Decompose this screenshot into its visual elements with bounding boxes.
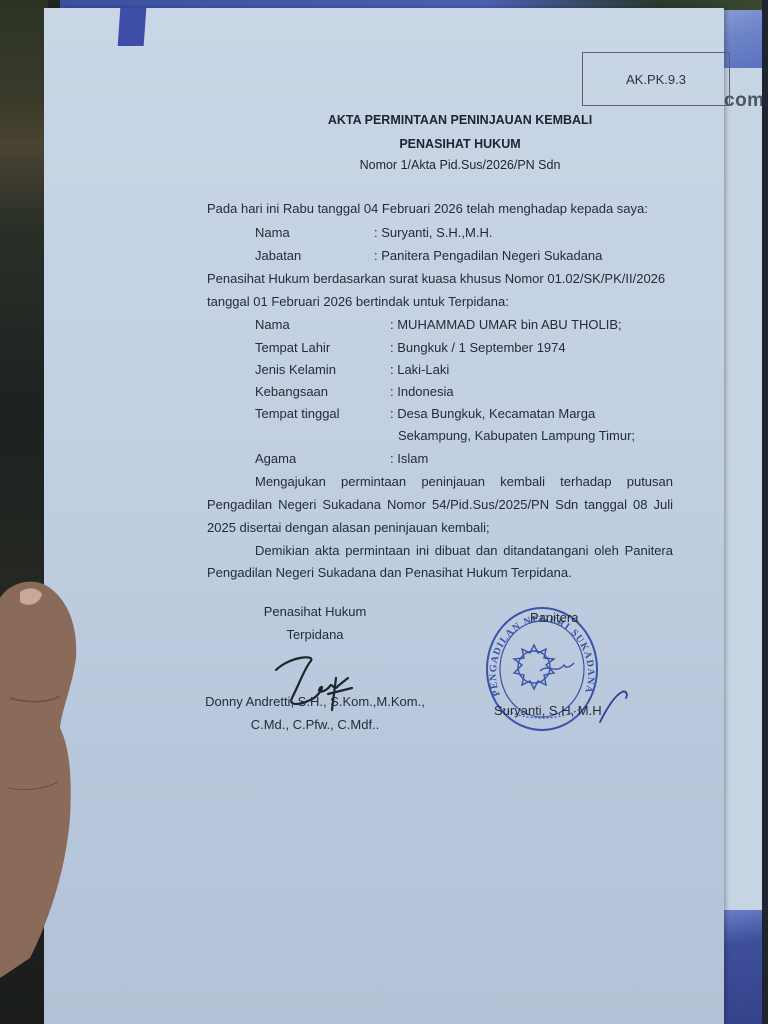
document-content: AKTA PERMINTAAN PENINJAUAN KEMBALI PENAS… xyxy=(0,0,768,1024)
convict-nationality-label: Kebangsaan xyxy=(255,384,328,399)
intro-line: Pada hari ini Rabu tanggal 04 Februari 2… xyxy=(207,201,648,216)
request-line-3: 2025 disertai dengan alasan peninjauan k… xyxy=(207,520,490,535)
counsel-name-line-1: Donny Andretti, S.H., S.Kom.,M.Kom., xyxy=(200,690,430,713)
counsel-role-line-2: Terpidana xyxy=(200,623,430,646)
counsel-signature-block: Penasihat Hukum Terpidana xyxy=(200,600,430,646)
counsel-role-line-1: Penasihat Hukum xyxy=(200,600,430,623)
convict-birth-value: : Bungkuk / 1 September 1974 xyxy=(390,340,566,355)
convict-address-value-cont: Sekampung, Kabupaten Lampung Timur; xyxy=(398,428,635,443)
counsel-line-1: Penasihat Hukum berdasarkan surat kuasa … xyxy=(207,271,665,286)
closing-line-2: Pengadilan Negeri Sukadana dan Penasihat… xyxy=(207,565,572,580)
registrar-name: Suryanti, S.H, M.H xyxy=(494,703,602,718)
convict-birth-label: Tempat Lahir xyxy=(255,340,330,355)
convict-address-value: : Desa Bungkuk, Kecamatan Marga xyxy=(390,406,595,421)
official-position-label: Jabatan xyxy=(255,248,301,263)
convict-gender-label: Jenis Kelamin xyxy=(255,362,336,377)
convict-nationality-value: : Indonesia xyxy=(390,384,454,399)
convict-religion-label: Agama xyxy=(255,451,296,466)
official-name-value: : Suryanti, S.H.,M.H. xyxy=(374,225,492,240)
hand-holding-paper xyxy=(0,578,80,978)
request-line-1: Mengajukan permintaan peninjauan kembali… xyxy=(255,474,673,489)
document-number: Nomor 1/Akta Pid.Sus/2026/PN Sdn xyxy=(200,158,720,172)
closing-line-1: Demikian akta permintaan ini dibuat dan … xyxy=(255,543,673,558)
document-subtitle: PENASIHAT HUKUM xyxy=(200,137,720,151)
convict-address-label: Tempat tinggal xyxy=(255,406,340,421)
counsel-name-line-2: C.Md., C.Pfw., C.Mdf.. xyxy=(200,713,430,736)
counsel-name-block: Donny Andretti, S.H., S.Kom.,M.Kom., C.M… xyxy=(200,690,430,736)
registrar-role: Panitera xyxy=(530,610,578,625)
convict-gender-value: : Laki-Laki xyxy=(390,362,449,377)
request-line-2: Pengadilan Negeri Sukadana Nomor 54/Pid.… xyxy=(207,497,673,512)
counsel-line-2: tanggal 01 Februari 2026 bertindak untuk… xyxy=(207,294,509,309)
official-name-label: Nama xyxy=(255,225,290,240)
registrar-signature xyxy=(596,686,632,726)
convict-religion-value: : Islam xyxy=(390,451,428,466)
convict-name-label: Nama xyxy=(255,317,290,332)
document-title: AKTA PERMINTAAN PENINJAUAN KEMBALI xyxy=(200,113,720,127)
official-position-value: : Panitera Pengadilan Negeri Sukadana xyxy=(374,248,602,263)
convict-name-value: : MUHAMMAD UMAR bin ABU THOLIB; xyxy=(390,317,622,332)
